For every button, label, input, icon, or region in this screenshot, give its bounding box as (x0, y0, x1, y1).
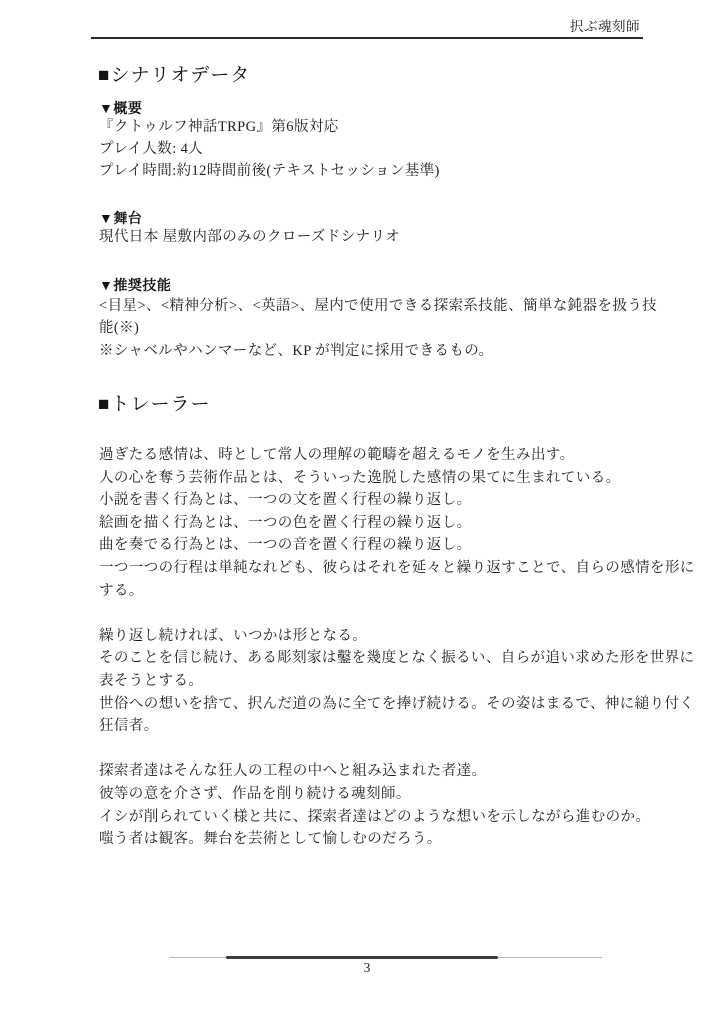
section-heading-trailer: ■トレーラー (98, 389, 210, 416)
text-line: 人の心を奪う芸術作品とは、そういった逸脱した感情の果てに生まれている。 (99, 467, 695, 490)
trailer-paragraph: 探索者達はそんな狂人の工程の中へと組み込まれた者達。 彼等の意を介さず、作品を削… (99, 760, 695, 850)
text-line: 小説を書く行為とは、一つの文を置く行程の繰り返し。 (99, 489, 695, 512)
trailer-paragraph: 過ぎたる感情は、時として常人の理解の範疇を超えるモノを生み出す。 人の心を奪う芸… (99, 444, 695, 602)
text-line: そのことを信じ続け、ある彫刻家は鑿を幾度となく振るい、自らが追い求めた形を世界に (99, 647, 695, 670)
text-line: 繰り返し続ければ、いつかは形となる。 (99, 625, 695, 648)
running-header-title: 択ぶ魂刻師 (570, 15, 640, 35)
subsection-label-overview: ▼概要 (99, 98, 142, 118)
section-heading-scenario-data: ■シナリオデータ (98, 60, 250, 87)
header-rule (91, 37, 643, 39)
text-line: イシが削られていく様と共に、探索者達はどのような想いを示しながら進むのか。 (99, 806, 695, 829)
text-line: 一つ一つの行程は単純なれども、彼らはそれを延々と繰り返すことで、自らの感情を形に (99, 557, 695, 580)
text-line: 彼等の意を介さず、作品を削り続ける魂刻師。 (99, 783, 695, 806)
text-line: プレイ人数: 4人 (99, 139, 440, 161)
trailer-paragraph: 繰り返し続ければ、いつかは形となる。 そのことを信じ続け、ある彫刻家は鑿を幾度と… (99, 625, 695, 738)
footer-divider-dark (226, 956, 498, 959)
text-line: 能(※) (99, 317, 657, 339)
recommended-skills-text: <目星>、<精神分析>、<英語>、屋内で使用できる探索系技能、簡単な鈍器を扱う技… (99, 295, 657, 362)
text-line: ※シャベルやハンマーなど、KP が判定に採用できるもの。 (99, 340, 657, 362)
text-line: 絵画を描く行為とは、一つの色を置く行程の繰り返し。 (99, 512, 695, 535)
text-line: 狂信者。 (99, 715, 695, 738)
subsection-label-recommended-skills: ▼推奨技能 (99, 275, 171, 295)
text-line: 曲を奏でる行為とは、一つの音を置く行程の繰り返し。 (99, 534, 695, 557)
text-line: 探索者達はそんな狂人の工程の中へと組み込まれた者達。 (99, 760, 695, 783)
subsection-label-stage: ▼舞台 (99, 208, 142, 228)
stage-text: 現代日本 屋敷内部のみのクローズドシナリオ (99, 227, 400, 249)
overview-text: 『クトゥルフ神話TRPG』第6版対応 プレイ人数: 4人 プレイ時間:約12時間… (99, 117, 440, 182)
text-line: する。 (99, 580, 695, 603)
text-line: 表そうとする。 (99, 670, 695, 693)
text-line: 過ぎたる感情は、時として常人の理解の範疇を超えるモノを生み出す。 (99, 444, 695, 467)
text-line: 『クトゥルフ神話TRPG』第6版対応 (99, 117, 440, 139)
text-line: 現代日本 屋敷内部のみのクローズドシナリオ (99, 227, 400, 249)
text-line: <目星>、<精神分析>、<英語>、屋内で使用できる探索系技能、簡単な鈍器を扱う技 (99, 295, 657, 317)
text-line: 世俗への想いを捨て、択んだ道の為に全てを捧げ続ける。その姿はまるで、神に縋り付く (99, 693, 695, 716)
text-line: プレイ時間:約12時間前後(テキストセッション基準) (99, 161, 440, 183)
footer-divider (170, 956, 602, 959)
trailer-text: 過ぎたる感情は、時として常人の理解の範疇を超えるモノを生み出す。 人の心を奪う芸… (99, 444, 695, 851)
document-page: { "doc": { "header": { "title": "択ぶ魂刻師" … (0, 0, 723, 1024)
text-line: 嗤う者は観客。舞台を芸術として愉しむのだろう。 (99, 828, 695, 851)
page-number: 3 (91, 960, 643, 976)
